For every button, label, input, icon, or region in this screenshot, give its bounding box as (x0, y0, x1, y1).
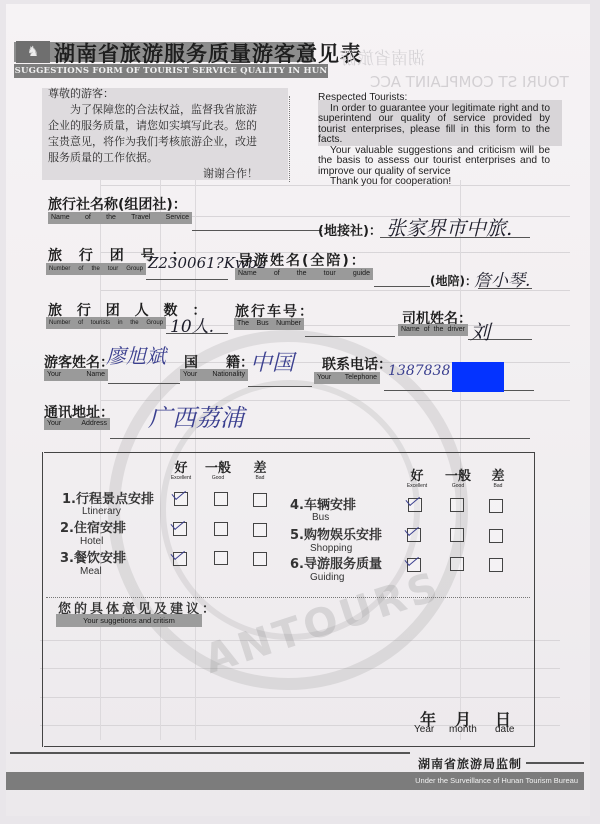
address-label-en: Your Address (44, 418, 110, 430)
tour-group-no-field[interactable] (146, 279, 228, 280)
travel-service-label: 旅行社名称(组团社)： (48, 194, 187, 214)
label-word: tour (324, 268, 336, 280)
label-word: in (118, 317, 123, 329)
rating-item-guiding: 6.导游服务质量 (290, 553, 382, 572)
guiding-bad-checkbox[interactable] (489, 558, 503, 572)
footer-supervisor-en: Under the Surveillance of Hunan Tourism … (415, 776, 578, 785)
address-field[interactable] (110, 438, 530, 439)
bleed-through-title: 湖南省旅游 (340, 44, 425, 69)
local-agency-value: 张家界市中旅. (386, 212, 512, 241)
intro-english: Respected Tourists: In order to guarante… (318, 93, 550, 188)
guiding-excellent-checkbox[interactable] (407, 558, 421, 572)
rating-item-bus-en: Bus (312, 512, 329, 523)
horse-logo-icon: ♞ (16, 41, 50, 63)
label-word: the (106, 212, 116, 224)
tourist-count-label-en: Number of tourists in the Group (46, 317, 166, 329)
suggestions-area[interactable] (46, 630, 526, 700)
rating-item-bus: 4.车辆安排 (290, 494, 356, 513)
itinerary-good-checkbox[interactable] (214, 492, 228, 506)
rating-item-itinerary: 1.行程景点安排 (62, 488, 154, 507)
travel-service-field[interactable] (192, 230, 322, 231)
intro-cn-salutation: 尊敬的游客： (48, 86, 258, 102)
guide-name-label-en: Name of the tour guide (235, 268, 373, 280)
footer-rule-right (526, 762, 584, 764)
label-word: The (237, 318, 249, 330)
tourist-name-value: 廖旭斌 (106, 340, 166, 369)
rating-item-hotel: 2.住宿安排 (60, 517, 126, 536)
rating-item-itinerary-en: Ltinerary (82, 506, 121, 517)
rating-item-guiding-en: Guiding (310, 572, 344, 583)
label-word: Name (238, 268, 257, 280)
label-word: of (78, 317, 83, 329)
meal-excellent-checkbox[interactable] (173, 552, 187, 566)
label-word: Name (51, 212, 70, 224)
shopping-good-checkbox[interactable] (450, 528, 464, 542)
intro-cn-body: 为了保障您的合法权益，监督我省旅游企业的服务质量，请您如实填写此表。您的宝贵意见… (48, 102, 258, 166)
date-year-label-en: Year (414, 724, 434, 735)
label-word: tour (108, 263, 118, 275)
col-cn: 差 (484, 470, 512, 483)
col-en: Bad (484, 483, 512, 489)
date-month-label-en: month (449, 724, 477, 735)
col-excellent-left: 好 Excellent (166, 462, 196, 481)
hotel-excellent-checkbox[interactable] (173, 522, 187, 536)
rating-item-meal-en: Meal (80, 566, 102, 577)
label-word: Nationality (212, 369, 245, 381)
label-word: the (91, 263, 99, 275)
label-word: of (78, 263, 83, 275)
footer-rule-left (10, 752, 410, 754)
label-word: Service (166, 212, 189, 224)
guiding-good-checkbox[interactable] (450, 557, 464, 571)
telephone-label: 联系电话： (322, 354, 392, 374)
label-word: Name (86, 369, 105, 381)
hotel-good-checkbox[interactable] (214, 522, 228, 536)
col-cn: 一般 (440, 470, 476, 483)
col-excellent-right: 好 Excellent (402, 470, 432, 489)
label-word: Group (126, 263, 143, 275)
hotel-bad-checkbox[interactable] (253, 523, 267, 537)
tourist-name-field[interactable] (108, 383, 180, 384)
rating-item-hotel-en: Hotel (80, 536, 103, 547)
label-word: Number (276, 318, 301, 330)
col-good-left: 一般 Good (200, 462, 236, 481)
label-word: Name (401, 324, 420, 336)
intro-en-para1: In order to guarantee your legitimate ri… (318, 104, 550, 146)
col-bad-right: 差 Bad (484, 470, 512, 489)
label-word: Group (146, 317, 163, 329)
label-word: Your (47, 418, 61, 430)
bus-good-checkbox[interactable] (450, 498, 464, 512)
tourist-count-value: 10人. (170, 312, 214, 337)
label-word: Your (47, 369, 61, 381)
label-word: the (434, 324, 444, 336)
intro-chinese: 尊敬的游客： 为了保障您的合法权益，监督我省旅游企业的服务质量，请您如实填写此表… (48, 86, 258, 182)
label-word: Number (49, 317, 70, 329)
col-good-right: 一般 Good (440, 470, 476, 489)
bus-number-field[interactable] (305, 336, 395, 337)
rating-item-meal: 3.餐饮安排 (60, 547, 126, 566)
bus-excellent-checkbox[interactable] (408, 498, 422, 512)
label-word: the (130, 317, 138, 329)
col-cn: 好 (166, 462, 196, 475)
nationality-value: 中国 (250, 346, 294, 377)
label-word: Address (81, 418, 107, 430)
tour-group-no-label-en: Number of the tour Group (46, 263, 146, 275)
label-word: tourists (91, 317, 110, 329)
driver-name-label-en: Name of the driver (398, 324, 468, 336)
intro-en-para2: Your valuable suggestions and criticism … (318, 146, 550, 178)
local-guide-value: 詹小琴. (474, 266, 530, 291)
telephone-value: 1387838 (388, 363, 450, 379)
footer-supervisor: 湖南省旅游局监制 (418, 755, 522, 772)
label-word: Your (317, 372, 331, 384)
form-subtitle: SUGGESTIONS FORM OF TOURIST SERVICE QUAL… (14, 64, 328, 78)
telephone-label-en: Your Telephone (314, 372, 380, 384)
label-word: Bus (257, 318, 269, 330)
label-word: driver (447, 324, 465, 336)
col-cn: 好 (402, 470, 432, 483)
meal-bad-checkbox[interactable] (253, 552, 267, 566)
bus-bad-checkbox[interactable] (489, 499, 503, 513)
rating-item-shopping: 5.购物娱乐安排 (290, 524, 382, 543)
label-word: Travel (131, 212, 150, 224)
col-en: Bad (246, 475, 274, 481)
intro-en-salutation: Respected Tourists: (318, 93, 550, 104)
label-word: Telephone (345, 372, 377, 384)
driver-name-value: 刘 (470, 316, 490, 345)
col-en: Excellent (402, 483, 432, 489)
local-agency-label: (地接社)： (318, 220, 382, 239)
nationality-label-en: Your Nationality (180, 369, 248, 381)
guide-name-label: 导游姓名(全陪)： (238, 250, 367, 270)
travel-service-label-en: Name of the Travel Service (48, 212, 192, 224)
intro-en-thanks: Thank you for cooperation! (318, 177, 550, 188)
col-cn: 一般 (200, 462, 236, 475)
label-word: of (274, 268, 280, 280)
itinerary-excellent-checkbox[interactable] (174, 492, 188, 506)
redacted-block (452, 362, 504, 392)
itinerary-bad-checkbox[interactable] (253, 493, 267, 507)
intro-cn-thanks: 谢谢合作！ (48, 166, 258, 182)
suggestions-label-en: Your suggetions and critism (56, 614, 202, 627)
label-word: Number (49, 263, 70, 275)
intro-divider (289, 96, 290, 182)
date-day-label-en: date (495, 724, 514, 735)
address-value: 广西荔浦 (148, 398, 244, 433)
meal-good-checkbox[interactable] (214, 551, 228, 565)
shopping-bad-checkbox[interactable] (489, 529, 503, 543)
nationality-field[interactable] (248, 386, 312, 387)
col-bad-left: 差 Bad (246, 462, 274, 481)
local-guide-label: (地陪)： (430, 272, 477, 289)
label-word: Your (183, 369, 197, 381)
label-word: the (297, 268, 307, 280)
rating-box-edge (42, 452, 43, 747)
guide-name-field[interactable] (374, 286, 430, 287)
bus-number-label-en: The Bus Number (234, 318, 304, 330)
shopping-excellent-checkbox[interactable] (407, 528, 421, 542)
col-cn: 差 (246, 462, 274, 475)
tourist-name-label-en: Your Name (44, 369, 108, 381)
label-word: of (424, 324, 430, 336)
label-word: guide (353, 268, 370, 280)
bleed-through-subtitle: TOURI ST COMPLAINT ACC (370, 73, 569, 91)
col-en: Excellent (166, 475, 196, 481)
label-word: of (85, 212, 91, 224)
